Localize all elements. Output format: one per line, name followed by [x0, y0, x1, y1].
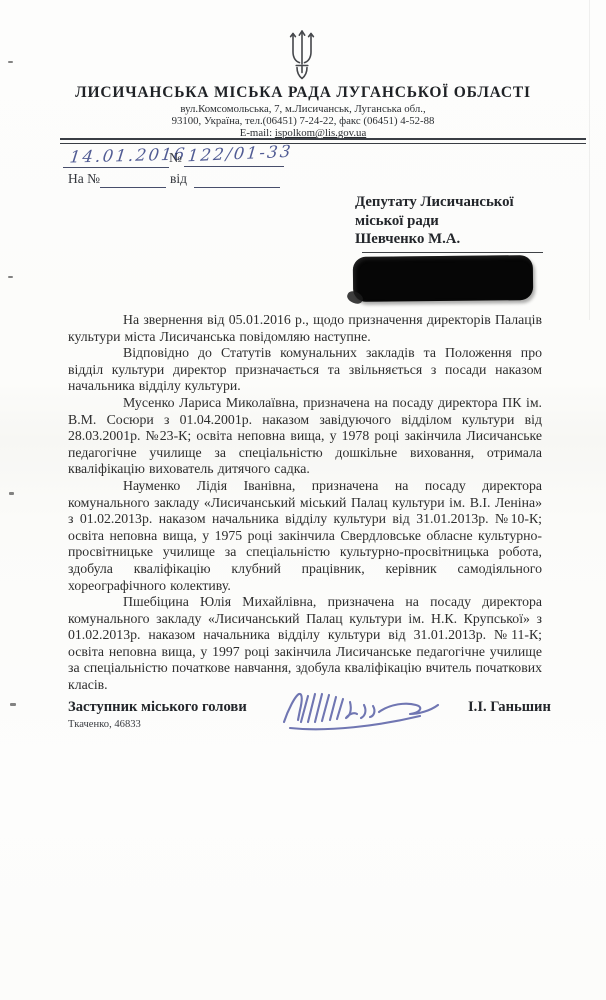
number-sign-label: № — [169, 150, 182, 166]
date-underline — [63, 167, 169, 168]
paragraph-pshebitsyna: Пшебіцина Юлія Михайлівна, призначена на… — [68, 594, 542, 694]
letter-body: На звернення від 05.01.2016 р., щодо при… — [68, 312, 542, 694]
recipient-line-1: Депутату Лисичанської — [355, 193, 565, 212]
reply-date-underline — [194, 187, 280, 188]
address-line-1: вул.Комсомольська, 7, м.Лисичанськ, Луга… — [0, 103, 606, 115]
header-double-rule — [60, 138, 586, 144]
reply-number-underline — [100, 187, 166, 188]
scan-speck — [8, 61, 13, 63]
recipient-block: Депутату Лисичанської міської ради Шевче… — [355, 193, 565, 249]
scan-speck — [10, 703, 16, 706]
paragraph-statute: Відповідно до Статутів комунальних закла… — [68, 345, 542, 395]
reply-from-label: від — [170, 171, 187, 187]
paragraph-intro: На звернення від 05.01.2016 р., щодо при… — [68, 312, 542, 345]
recipient-line-3: Шевченко М.А. — [355, 230, 565, 249]
reply-to-label: На № — [68, 171, 100, 187]
redacted-address-bar — [353, 255, 533, 302]
number-underline — [184, 166, 284, 167]
recipient-line-2: міської ради — [355, 212, 565, 231]
executor-contact: Ткаченко, 46833 — [68, 719, 141, 730]
signer-position-title: Заступник міського голови — [68, 699, 247, 716]
ukraine-trident-icon — [283, 28, 321, 82]
scan-edge-artifact — [589, 0, 590, 320]
scan-speck — [9, 492, 14, 495]
organization-name: ЛИСИЧАНСЬКА МІСЬКА РАДА ЛУГАНСЬКОЇ ОБЛАС… — [0, 84, 606, 102]
recipient-underline — [362, 252, 543, 253]
paragraph-naumenko: Науменко Лідія Іванівна, призначена на п… — [68, 478, 542, 594]
scan-speck — [8, 276, 13, 278]
handwritten-signature-ink — [278, 686, 444, 738]
address-line-2: 93100, Україна, тел.(06451) 7-24-22, фак… — [0, 115, 606, 127]
paragraph-musenko: Мусенко Лариса Миколаївна, призначена на… — [68, 395, 542, 478]
handwritten-outgoing-number: 122/01-33 — [187, 142, 294, 166]
scanned-letter-page: ЛИСИЧАНСЬКА МІСЬКА РАДА ЛУГАНСЬКОЇ ОБЛАС… — [0, 0, 606, 1000]
signer-name: І.І. Ганьшин — [468, 699, 551, 716]
